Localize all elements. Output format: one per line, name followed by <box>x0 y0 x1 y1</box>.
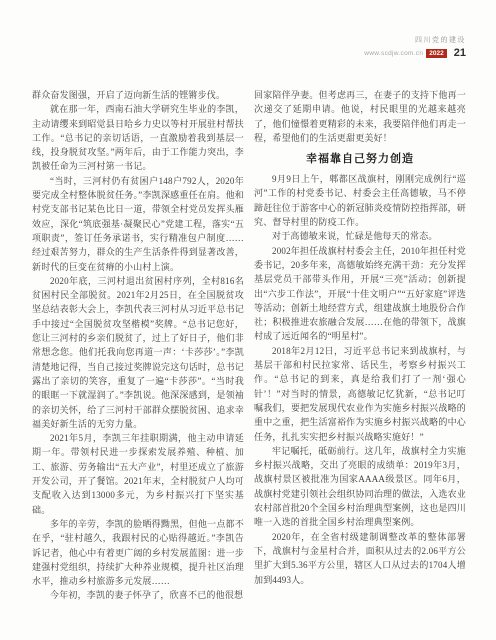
article-paragraph: 群众奋发图强，开启了迈向新生活的铿锵步伐。 <box>32 88 244 102</box>
page-number: 21 <box>454 47 466 59</box>
article-paragraph: 多年的辛劳，李凯的脸晒得黝黑，但他一点都不在乎，“驻村越久，我跟村民的心贴得越近… <box>32 517 244 588</box>
article-paragraph: “当时，三河村仍有贫困户148户792人，2020年要完成全村整体脱贫任务。”李… <box>32 174 244 274</box>
journal-title: 四川党的建设 <box>364 36 466 45</box>
section-heading: 幸福靠自己努力创造 <box>254 152 466 166</box>
article-paragraph: 2018年2月12日，习近平总书记来到战旗村，与基层干部和村民拉家常、话民生，考… <box>254 344 466 444</box>
article-paragraph: 对于高德敏来说，忙碌是他每天的常态。 <box>254 229 466 243</box>
issue-year-badge: 2022 <box>426 49 446 58</box>
article-paragraph: 2002年担任战旗村村委会主任，2010年担任村党委书记，20多年来，高德敏始终… <box>254 244 466 344</box>
right-column: 回家陪伴孕妻。但考虑再三，在妻子的支持下他再一次递交了延期申请。他说，村民眼里的… <box>254 88 466 603</box>
article-paragraph: 牢记嘱托，砥砺前行。这几年，战旗村全力实施乡村振兴战略，交出了亮眼的成绩单：20… <box>254 444 466 530</box>
masthead-meta: www.scdjw.com.cn 2022 21 <box>364 47 466 59</box>
article-paragraph: 2020年，在全省村级建制调整改革的整体部署下，战旗村与金星村合并，面积从过去的… <box>254 530 466 587</box>
masthead: 四川党的建设 www.scdjw.com.cn 2022 21 <box>364 36 466 59</box>
article-paragraph: 今年初，李凯的妻子怀孕了，欣喜不已的他很想 <box>32 588 244 602</box>
article-paragraph: 2020年底，三河村退出贫困村序列，全村816名贫困村民全部脱贫。2021年2月… <box>32 274 244 431</box>
journal-website-url: www.scdjw.com.cn <box>364 50 423 57</box>
left-column: 群众奋发图强，开启了迈向新生活的铿锵步伐。 就在那一年，西南石油大学研究生毕业的… <box>32 88 244 603</box>
article-paragraph: 回家陪伴孕妻。但考虑再三，在妻子的支持下他再一次递交了延期申请。他说，村民眼里的… <box>254 88 466 145</box>
article-paragraph: 2021年5月，李凯三年挂职期满，他主动申请延期一年。带领村民进一步探索发展养殖… <box>32 431 244 517</box>
magazine-page: 四川党的建设 www.scdjw.com.cn 2022 21 群众奋发图强，开… <box>0 0 496 640</box>
article-paragraph: 就在那一年，西南石油大学研究生毕业的李凯，主动请缨来到昭觉县日哈乡力史以等村开展… <box>32 102 244 173</box>
article-paragraph: 9月9日上午，郫都区战旗村，刚刚完成例行“巡河”工作的村党委书记、村委会主任高德… <box>254 172 466 229</box>
article-body: 群众奋发图强，开启了迈向新生活的铿锵步伐。 就在那一年，西南石油大学研究生毕业的… <box>32 88 466 603</box>
